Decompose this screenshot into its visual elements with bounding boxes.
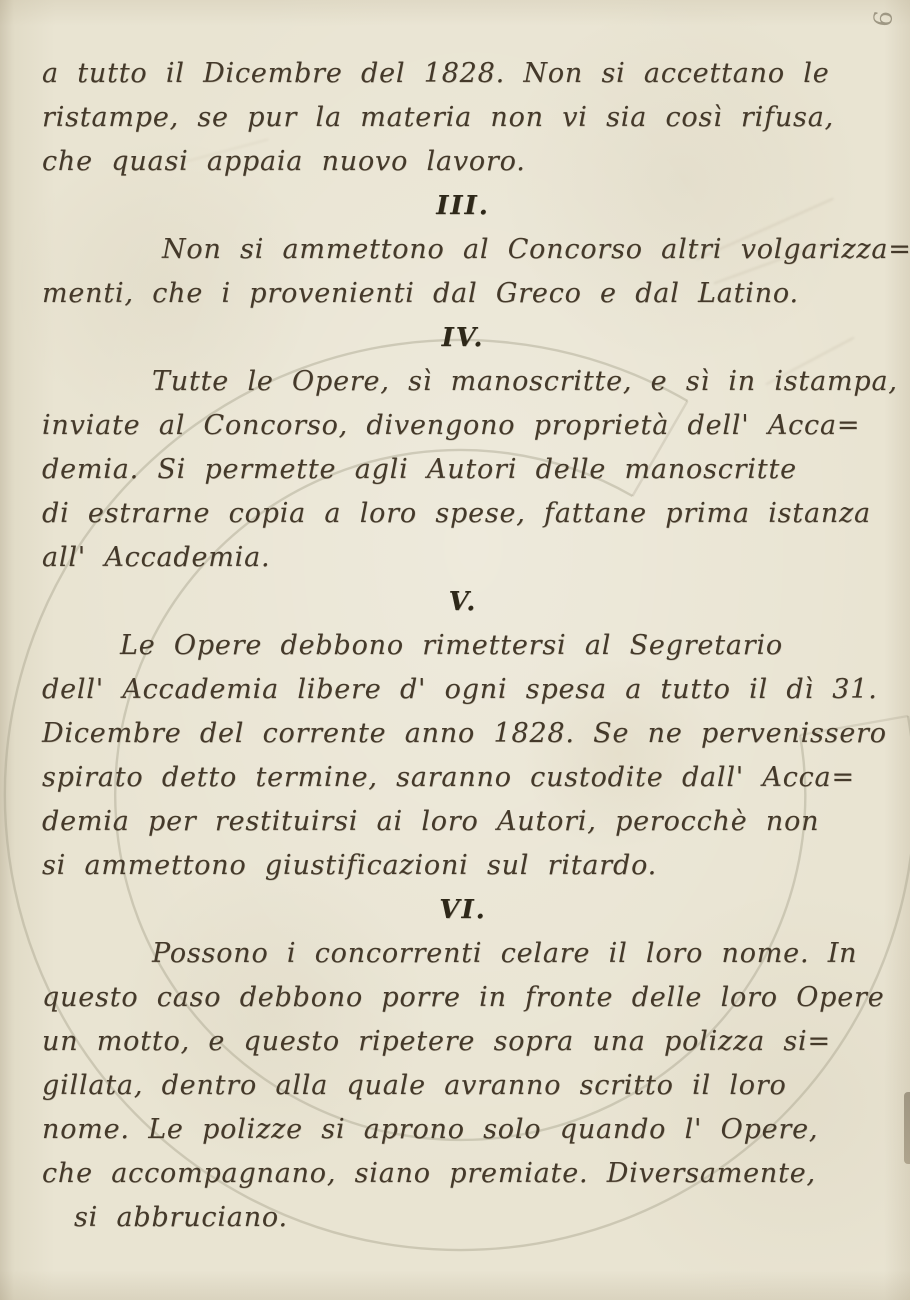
manuscript-line: si abbruciano. <box>42 1196 884 1240</box>
manuscript-line: demia. Si permette agli Autori delle man… <box>42 448 884 492</box>
manuscript-line: un motto, e questo ripetere sopra una po… <box>42 1020 884 1064</box>
manuscript-line: che quasi appaia nuovo lavoro. <box>42 140 884 184</box>
manuscript-line: all' Accademia. <box>42 536 884 580</box>
manuscript-line: ristampe, se pur la materia non vi sia c… <box>42 96 884 140</box>
manuscript-line: Non si ammettono al Concorso altri volga… <box>42 228 884 272</box>
section-heading-iv: IV. <box>42 316 884 360</box>
manuscript-line: menti, che i provenienti dal Greco e dal… <box>42 272 884 316</box>
manuscript-page-scan: 9 a tutto il Dicembre del 1828. Non si a… <box>0 0 910 1300</box>
manuscript-line: dell' Accademia libere d' ogni spesa a t… <box>42 668 884 712</box>
manuscript-line: Possono i concorrenti celare il loro nom… <box>42 932 884 976</box>
section-heading-iii: III. <box>42 184 884 228</box>
manuscript-line: inviate al Concorso, divengono proprietà… <box>42 404 884 448</box>
manuscript-line: questo caso debbono porre in fronte dell… <box>42 976 884 1020</box>
manuscript-line: di estrarne copia a loro spese, fattane … <box>42 492 884 536</box>
manuscript-line: che accompagnano, siano premiate. Divers… <box>42 1152 884 1196</box>
page-number-annotation: 9 <box>867 9 898 28</box>
manuscript-line: nome. Le polizze si aprono solo quando l… <box>42 1108 884 1152</box>
manuscript-line: Tutte le Opere, sì manoscritte, e sì in … <box>42 360 884 404</box>
manuscript-line: demia per restituirsi ai loro Autori, pe… <box>42 800 884 844</box>
manuscript-line: gillata, dentro alla quale avranno scrit… <box>42 1064 884 1108</box>
manuscript-line: Dicembre del corrente anno 1828. Se ne p… <box>42 712 884 756</box>
manuscript-line: Le Opere debbono rimettersi al Segretari… <box>42 624 884 668</box>
manuscript-line: a tutto il Dicembre del 1828. Non si acc… <box>42 52 884 96</box>
manuscript-text: a tutto il Dicembre del 1828. Non si acc… <box>42 52 884 1240</box>
section-heading-v: V. <box>42 580 884 624</box>
manuscript-line: si ammettono giustificazioni sul ritardo… <box>42 844 884 888</box>
manuscript-line: spirato detto termine, saranno custodite… <box>42 756 884 800</box>
section-heading-vi: VI. <box>42 888 884 932</box>
